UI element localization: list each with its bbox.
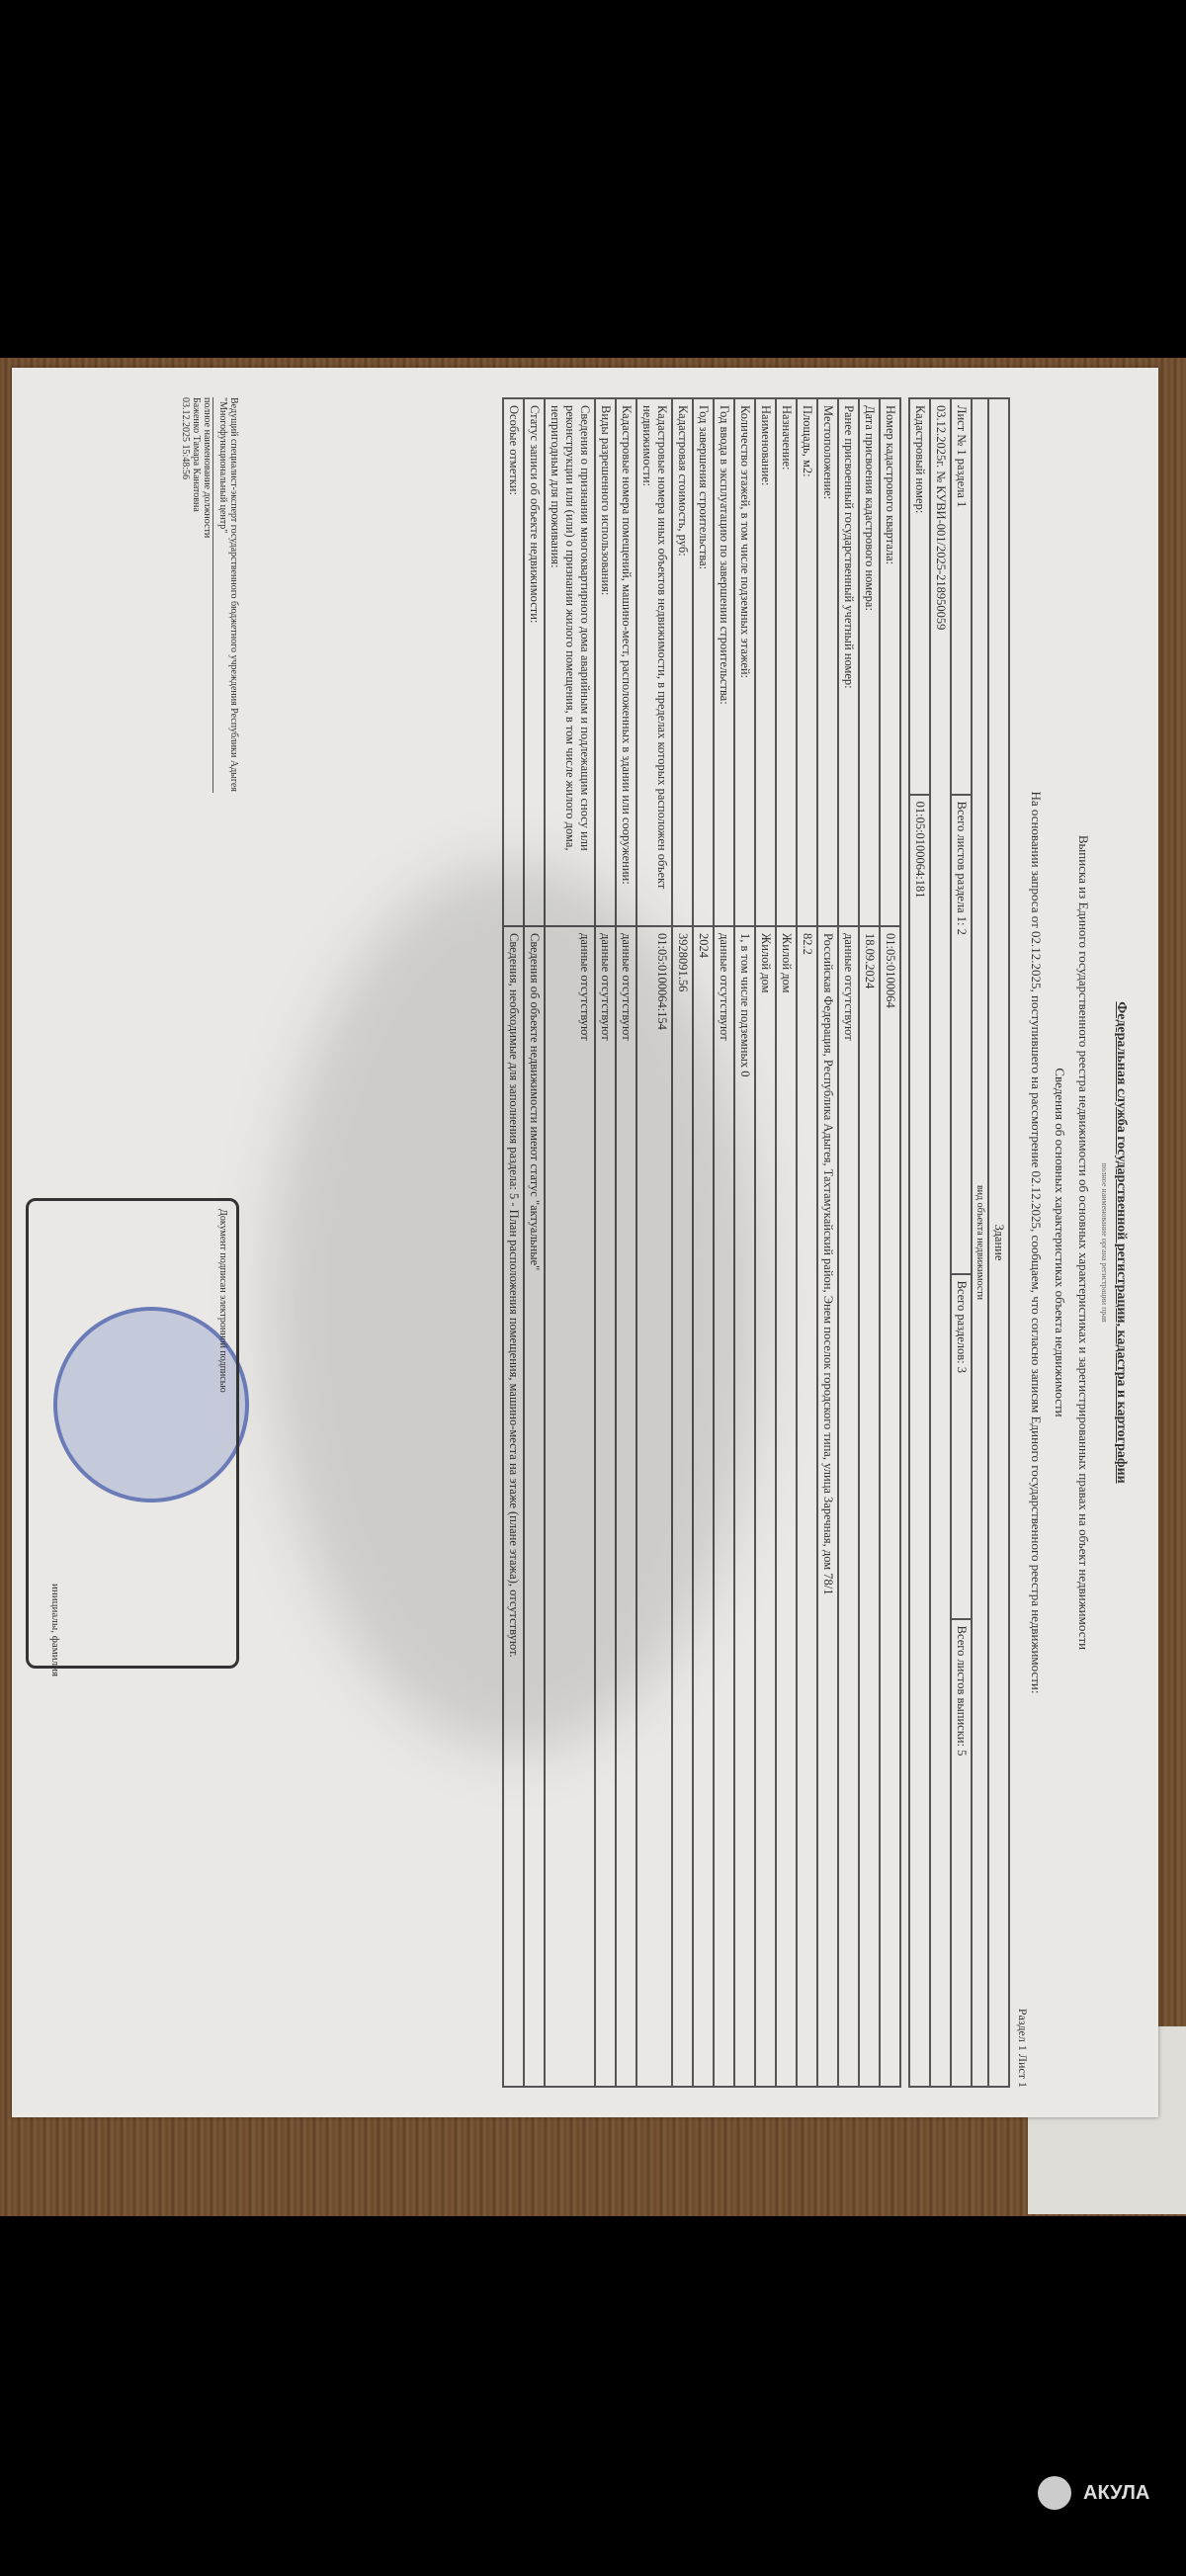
table-row: Дата присвоения кадастрового номера:18.0…: [859, 398, 880, 2087]
akula-watermark: АКУЛА: [1038, 2476, 1149, 2510]
table-row: Местоположение:Российская Федерация, Рес…: [817, 398, 838, 2087]
object-type: Здание: [988, 398, 1009, 2087]
cad-value: 01:05:0100064:181: [909, 795, 930, 2087]
row-label: Год ввода в эксплуатацию по завершении с…: [714, 398, 734, 926]
request-basis: На основании запроса от 02.12.2025, пост…: [1028, 368, 1044, 2117]
row-value: 82.2: [797, 926, 817, 2087]
row-label: Ранее присвоенный государственный учетны…: [838, 398, 859, 926]
row-label: Количество этажей, в том числе подземных…: [734, 398, 755, 926]
sheet-no: Лист № 1 раздела 1: [951, 398, 972, 795]
brand-name: АКУЛА: [1083, 2482, 1149, 2505]
row-label: Площадь, м2:: [797, 398, 817, 926]
row-label: Виды разрешенного использования:: [595, 398, 616, 926]
official-role: полное наименование должности: [202, 397, 213, 793]
official-position: Ведущий специалист-эксперт государственн…: [217, 397, 239, 793]
row-label: Сведения о признании многоквартирного до…: [545, 398, 595, 926]
row-value: Жилой дом: [776, 926, 797, 2087]
meta-table: Здание вид объекта недвижимости Лист № 1…: [908, 397, 1010, 2088]
official-title: Ведущий специалист-эксперт государственн…: [180, 397, 239, 793]
row-label: Статус записи об объекте недвижимости:: [524, 398, 545, 926]
sections-total: Всего разделов: 3: [951, 1274, 972, 1619]
object-type-label: вид объекта недвижимости: [972, 398, 988, 2087]
row-label: Дата присвоения кадастрового номера:: [859, 398, 880, 926]
table-row: Площадь, м2:82.2: [797, 398, 817, 2087]
agency-sub: полное наименование органа регистрации п…: [1100, 368, 1109, 2117]
row-label: Особые отметки:: [503, 398, 524, 926]
cad-label: Кадастровый номер:: [909, 398, 930, 795]
row-value: Жилой дом: [755, 926, 776, 2087]
row-label: Номер кадастрового квартала:: [880, 398, 900, 926]
official-name: Баженко Тамара Канатовна: [191, 397, 202, 793]
sheets-total: Всего листов выписки: 5: [951, 1619, 972, 2087]
signature-date: 03.12.2025 15:48:56: [180, 397, 191, 793]
sheets-in-section: Всего листов раздела 1: 2: [951, 795, 972, 1274]
section-label: Раздел 1 Лист 1: [1015, 2009, 1030, 2088]
row-label: Кадастровая стоимость, руб:: [672, 398, 693, 926]
row-label: Местоположение:: [817, 398, 838, 926]
rotated-page: Федеральная служба государственной регис…: [12, 368, 1158, 2117]
document-title: Выписка из Единого государственного реес…: [1075, 368, 1091, 2117]
signature-label: инициалы, фамилия: [49, 1584, 61, 1676]
row-label: Год завершения строительства:: [693, 398, 714, 926]
row-label: Кадастровые номера иных объектов недвижи…: [636, 398, 672, 926]
row-label: Назначение:: [776, 398, 797, 926]
row-label: Кадастровые номера помещений, машино-мес…: [616, 398, 636, 926]
table-row: Номер кадастрового квартала:01:05:010006…: [880, 398, 900, 2087]
hand-shadow: [269, 862, 763, 1752]
table-row: Назначение:Жилой дом: [776, 398, 797, 2087]
agency-name: Федеральная служба государственной регис…: [1113, 368, 1129, 2117]
stamp-text: Документ подписан электронной подписью: [210, 1201, 236, 1666]
document-sheet: Федеральная служба государственной регис…: [12, 368, 1158, 2117]
row-value: 01:05:0100064: [880, 926, 900, 2087]
row-value: 18.09.2024: [859, 926, 880, 2087]
row-label: Наименование:: [755, 398, 776, 926]
doc-number: 03.12.2025г. № КУВИ-001/2025-218950059: [930, 398, 951, 2087]
row-value: Российская Федерация, Республика Адыгея,…: [817, 926, 838, 2087]
table-row: Ранее присвоенный государственный учетны…: [838, 398, 859, 2087]
document-subtitle: Сведения об основных характеристиках объ…: [1052, 368, 1067, 2117]
shark-logo-icon: [1038, 2476, 1071, 2510]
row-value: данные отсутствуют: [838, 926, 859, 2087]
row-value: 1, в том числе подземных 0: [734, 926, 755, 2087]
